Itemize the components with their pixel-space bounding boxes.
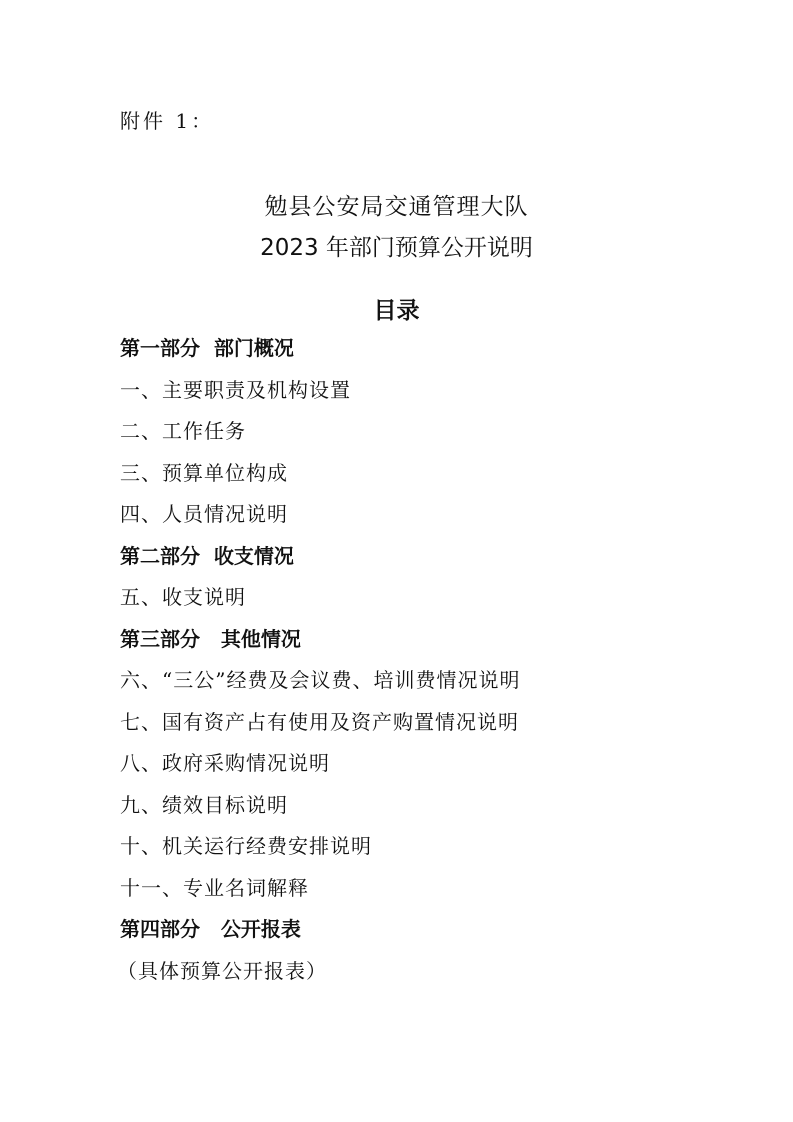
toc-item-8: 八、政府采购情况说明 [120, 748, 520, 790]
attachment-label: 附件 1： [120, 105, 214, 134]
table-of-contents: 第一部分 部门概况 一、主要职责及机构设置 二、工作任务 三、预算单位构成 四、… [120, 333, 520, 997]
toc-item-1: 一、主要职责及机构设置 [120, 375, 520, 417]
toc-item-4: 四、人员情况说明 [120, 499, 520, 541]
toc-item-10: 十、机关运行经费安排说明 [120, 831, 520, 873]
toc-item-2: 二、工作任务 [120, 416, 520, 458]
toc-item-3: 三、预算单位构成 [120, 458, 520, 500]
toc-item-7: 七、国有资产占有使用及资产购置情况说明 [120, 707, 520, 749]
toc-part-4: 第四部分 公开报表 [120, 914, 520, 956]
toc-item-reports: （具体预算公开报表） [117, 956, 520, 998]
toc-part-2: 第二部分 收支情况 [120, 541, 520, 583]
toc-item-5: 五、收支说明 [120, 582, 520, 624]
document-title-line2: 2023 年部门预算公开说明 [0, 229, 793, 262]
toc-part-1: 第一部分 部门概况 [120, 333, 520, 375]
toc-heading: 目录 [0, 292, 793, 325]
toc-part-3: 第三部分 其他情况 [120, 624, 520, 666]
toc-item-11: 十一、专业名词解释 [120, 873, 520, 915]
toc-item-9: 九、绩效目标说明 [120, 790, 520, 832]
document-title-line1: 勉县公安局交通管理大队 [0, 188, 793, 221]
toc-item-6: 六、“三公”经费及会议费、培训费情况说明 [120, 665, 520, 707]
